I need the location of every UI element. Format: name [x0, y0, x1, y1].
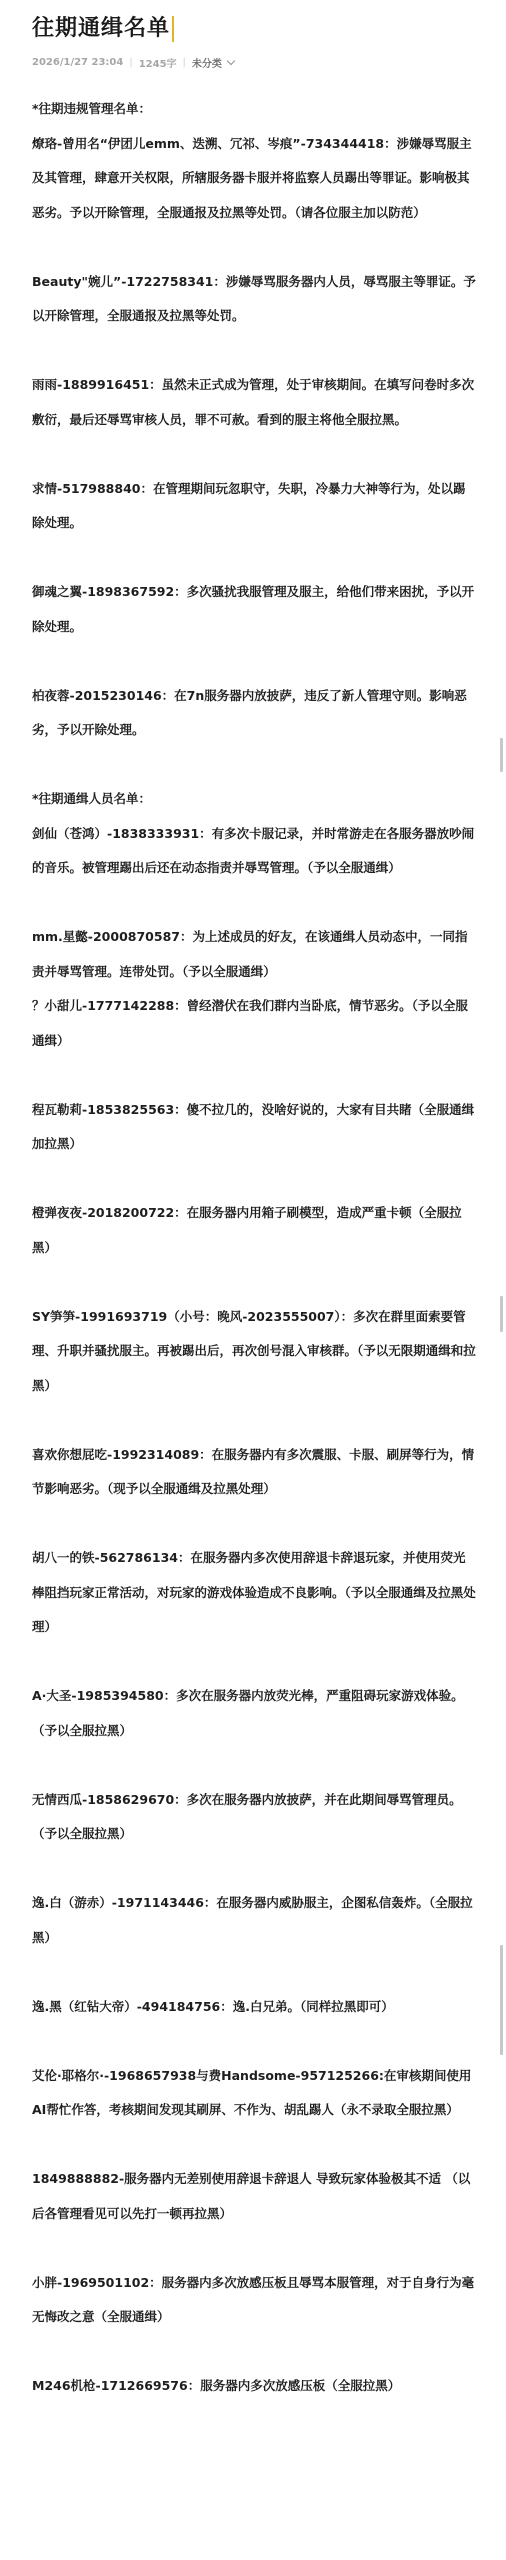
blank-line — [32, 2231, 476, 2266]
list-item: SY笋笋-1991693719（小号：晚风-2023555007）：多次在群里面… — [32, 1300, 476, 1404]
list-item: 剑仙（苍鸿）-1838333931：有多次卡服记录，并时常游走在各服务器放吵闹的… — [32, 817, 476, 886]
list-item: 燎珞-曾用名“伊团儿emm、迭溯、冗祁、岑痕”-734344418：涉嫌辱骂服主… — [32, 127, 476, 231]
meta-datetime: 2026/1/27 23:04 — [32, 57, 123, 68]
list-item: 御魂之翼-1898367592：多次骚扰我服管理及服主，给他们带来困扰，予以开除… — [32, 575, 476, 644]
scrollbar-thumb[interactable] — [500, 738, 503, 772]
page-title[interactable]: 往期通缉名单 — [32, 14, 170, 44]
blank-line — [32, 437, 476, 472]
blank-line — [32, 1645, 476, 1680]
list-item: 胡八一的铁-562786134：在服务器内多次使用辞退卡辞退玩家，并使用荧光棒阻… — [32, 1541, 476, 1645]
blank-line — [32, 541, 476, 576]
document-meta: 2026/1/27 23:04 | 1245字 | 未分类 — [32, 54, 476, 70]
scrollbar-thumb[interactable] — [500, 1296, 503, 1332]
category-dropdown[interactable]: 未分类 — [192, 55, 222, 70]
blank-line — [32, 886, 476, 921]
section-heading: *往期违规管理名单： — [32, 92, 476, 127]
list-item: 无情西瓜-1858629670：多次在服务器内放披萨，并在此期间辱骂管理员。（予… — [32, 1783, 476, 1852]
list-item: 1849888882-服务器内无差别使用辞退卡辞退人 导致玩家体验极其不适 （以… — [32, 2162, 476, 2231]
blank-line — [32, 1265, 476, 1300]
blank-line — [32, 1955, 476, 1990]
list-item: mm.星懿-2000870587：为上述成员的好友，在该通缉人员动态中，一同指责… — [32, 920, 476, 1058]
list-item: M246机枪-1712669576：服务器内多次放感压板（全服拉黑） — [32, 2369, 476, 2404]
list-item: 柏夜蓉-2015230146：在7n服务器内放披萨，违反了新人管理守则。影响恶劣… — [32, 679, 476, 748]
blank-line — [32, 1507, 476, 1542]
blank-line — [32, 1162, 476, 1197]
scrollbar-thumb[interactable] — [500, 1945, 503, 2055]
list-item: Beauty"婉儿”-1722758341：涉嫌辱骂服务器内人员，辱骂服主等罪证… — [32, 265, 476, 334]
chevron-down-icon[interactable] — [227, 56, 235, 64]
meta-separator: | — [129, 57, 132, 68]
document-body[interactable]: *往期违规管理名单： 燎珞-曾用名“伊团儿emm、迭溯、冗祁、岑痕”-73434… — [32, 92, 476, 2404]
blank-line — [32, 1058, 476, 1093]
blank-line — [32, 2335, 476, 2370]
text-cursor — [172, 16, 174, 42]
list-item: A·大圣-1985394580：多次在服务器内放荧光棒，严重阻碍玩家游戏体验。（… — [32, 1679, 476, 1748]
blank-line — [32, 1403, 476, 1438]
document: 往期通缉名单 2026/1/27 23:04 | 1245字 | 未分类 *往期… — [32, 0, 476, 2404]
list-item: 喜欢你想屁吃-1992314089：在服务器内有多次震服、卡服、刷屏等行为，情节… — [32, 1438, 476, 1507]
blank-line — [32, 334, 476, 369]
list-item: 小胖-1969501102：服务器内多次放感压板且辱骂本服管理，对于自身行为毫无… — [32, 2266, 476, 2335]
title-row[interactable]: 往期通缉名单 — [32, 14, 476, 44]
list-item: 雨雨-1889916451：虽然未正式成为管理，处于审核期间。在填写问卷时多次敷… — [32, 368, 476, 437]
blank-line — [32, 230, 476, 265]
list-item: 求情-517988840：在管理期间玩忽职守，失职，冷暴力大神等行为，处以踢除处… — [32, 472, 476, 541]
list-item: 逸.白（游赤）-1971143446：在服务器内威胁服主，企图私信轰炸。（全服拉… — [32, 1886, 476, 1955]
blank-line — [32, 748, 476, 783]
list-item: 艾伦·耶格尔·-1968657938与费Handsome-957125266:在… — [32, 2059, 476, 2128]
blank-line — [32, 1748, 476, 1783]
list-item: 橙弹夜夜-2018200722：在服务器内用箱子刷模型，造成严重卡顿（全服拉黑） — [32, 1196, 476, 1265]
meta-word-count: 1245字 — [139, 55, 177, 70]
blank-line — [32, 2024, 476, 2059]
blank-line — [32, 2128, 476, 2163]
list-item: 程瓦勒莉-1853825563：傻不拉几的，没啥好说的，大家有目共睹（全服通缉加… — [32, 1093, 476, 1162]
meta-separator: | — [183, 57, 186, 68]
blank-line — [32, 1852, 476, 1887]
section-heading: *往期通缉人员名单： — [32, 782, 476, 817]
list-item: 逸.黑（红钻大帝）-494184756：逸.白兄弟。（同样拉黑即可） — [32, 1990, 476, 2025]
blank-line — [32, 644, 476, 679]
